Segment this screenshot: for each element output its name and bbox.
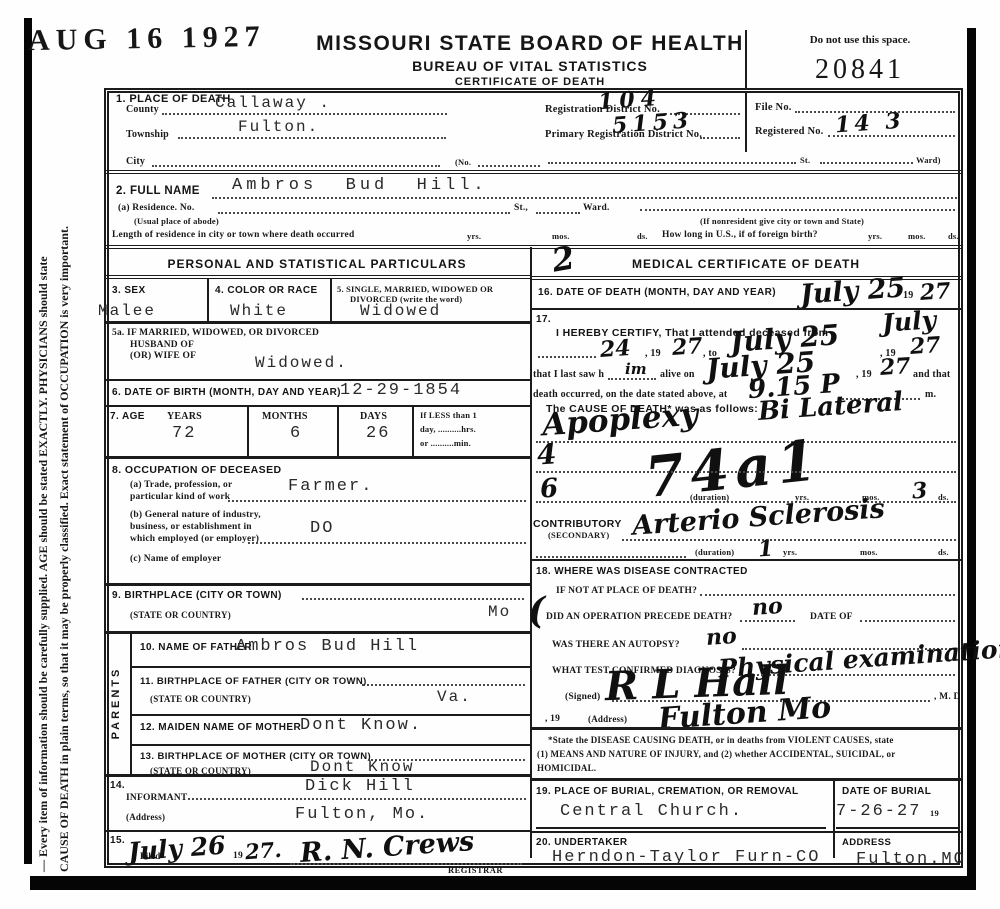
- divider: [536, 471, 956, 473]
- birthplace-label: 9. BIRTHPLACE (CITY OR TOWN): [112, 590, 282, 601]
- dod-year-handwritten: 27: [919, 278, 951, 306]
- last-saw-year-handwritten: 27: [879, 353, 911, 381]
- color-race-label: 4. COLOR OR RACE: [215, 285, 318, 296]
- if-less-label2: day, ..........hrs.: [420, 424, 476, 434]
- father-birthplace-label: 11. BIRTHPLACE OF FATHER (CITY OR TOWN): [140, 676, 367, 687]
- undertaker-label: 20. UNDERTAKER: [536, 837, 628, 848]
- divider: [302, 598, 524, 600]
- divider: [478, 165, 540, 167]
- duration2-ds-label: ds.: [938, 547, 949, 557]
- filed-number: 15.: [110, 835, 125, 846]
- m-label: m.: [925, 389, 936, 400]
- divider: [536, 556, 686, 558]
- physician-address-label: (Address): [588, 714, 627, 724]
- operation-answer-handwritten: no: [751, 593, 783, 621]
- divider: [104, 456, 530, 459]
- divider: [104, 583, 530, 586]
- undertaker-value: Herndon-Taylor Furn-CO: [552, 848, 820, 867]
- township-label: Township: [126, 129, 169, 140]
- divider: [828, 135, 955, 137]
- divider: [247, 405, 249, 456]
- filed-year-handwritten: 27.: [244, 837, 282, 864]
- if-less-label3: or ..........min.: [420, 438, 471, 448]
- duration-days-handwritten: 3: [911, 477, 928, 504]
- age-days-label: DAYS: [360, 411, 387, 422]
- date-of-burial-label: DATE OF BURIAL: [842, 786, 931, 797]
- divider: [532, 727, 962, 730]
- mother-name-value: Dont Know.: [300, 716, 422, 735]
- item-17-number: 17.: [536, 314, 551, 325]
- birthplace-state-label: (STATE OR COUNTRY): [130, 610, 231, 620]
- length-residence-label: Length of residence in city or town wher…: [112, 230, 354, 240]
- attended-from-day-handwritten: 24: [599, 335, 631, 363]
- mos-label: mos.: [908, 231, 926, 241]
- employer-label: (c) Name of employer: [130, 554, 221, 564]
- scan-left-bar: [24, 18, 32, 864]
- ds-label: ds.: [948, 231, 959, 241]
- board-title: MISSOURI STATE BOARD OF HEALTH: [310, 32, 750, 56]
- him-handwritten: im: [625, 360, 647, 378]
- husband-wife-value: Widowed.: [255, 354, 348, 372]
- filed-19-label: 19: [233, 851, 243, 861]
- informant-value: Dick Hill: [305, 777, 415, 796]
- certify-19a-label: , 19: [645, 348, 661, 359]
- divider: [860, 620, 955, 622]
- age-months-label: MONTHS: [262, 411, 308, 422]
- operation-precede-label: DID AN OPERATION PRECEDE DEATH?: [546, 612, 732, 622]
- if-not-at-place-label: IF NOT AT PLACE OF DEATH?: [556, 586, 697, 596]
- divider: [536, 827, 826, 829]
- divider: [218, 212, 510, 214]
- certificate-subtitle: CERTIFICATE OF DEATH: [310, 76, 750, 88]
- divider: [740, 620, 795, 622]
- margin-note-line2: CAUSE OF DEATH in plain terms, so that i…: [57, 54, 72, 872]
- county-value: Callaway .: [215, 94, 331, 112]
- husband-of-label: HUSBAND OF: [130, 340, 194, 350]
- divider: [622, 539, 956, 541]
- age-label: 7. AGE: [110, 411, 145, 422]
- scan-right-bar: [967, 28, 976, 890]
- if-less-label1: If LESS than 1: [420, 410, 477, 420]
- column-divider: [530, 247, 532, 858]
- divider: [178, 137, 446, 139]
- how-long-us-label: How long in U.S., if of foreign birth?: [662, 230, 818, 240]
- color-race-value: White: [230, 302, 288, 320]
- divider: [130, 666, 530, 668]
- death-certificate-page: AUG 16 1927 — Every item of information …: [0, 0, 1000, 909]
- coder-mark-2: 6: [539, 473, 559, 504]
- footnote-line2: (1) MEANS AND NATURE OF INJURY, and (2) …: [537, 749, 895, 759]
- signed-19-label: , 19: [545, 714, 560, 724]
- divider: [130, 744, 530, 746]
- divider: [228, 500, 526, 502]
- no-paren-label: (No.: [455, 157, 471, 167]
- city-label: City: [126, 156, 145, 167]
- father-birthplace-value: Va.: [437, 688, 472, 706]
- md-label: , M. D: [934, 692, 961, 702]
- file-no-label: File No.: [755, 102, 792, 113]
- industry-label2: business, or establishment in: [130, 522, 252, 532]
- mother-name-label: 12. MAIDEN NAME OF MOTHER: [140, 722, 301, 733]
- divider: [700, 594, 955, 596]
- death-occurred-label: death occurred, on the date stated above…: [533, 389, 727, 400]
- residence-label: (a) Residence. No.: [118, 203, 194, 213]
- divider: [152, 165, 440, 167]
- yrs-label: yrs.: [467, 231, 481, 241]
- residence-ward-label: Ward.: [583, 203, 610, 213]
- age-days-value: 26: [366, 424, 390, 443]
- yrs-label: yrs.: [868, 231, 882, 241]
- divider: [207, 279, 209, 322]
- burial-19-label: 19: [930, 808, 939, 818]
- place-of-burial-value: Central Church.: [560, 802, 743, 821]
- certificate-number: 20841: [770, 54, 950, 86]
- registered-no-value: 14 3: [834, 108, 905, 139]
- parents-side-label: PARENTS: [110, 634, 122, 772]
- st-label: St.: [800, 155, 810, 165]
- divider: [104, 405, 530, 407]
- informant-label: INFORMANT: [126, 793, 187, 803]
- industry-label3: which employed (or employer): [130, 534, 259, 544]
- divider: [104, 321, 530, 324]
- sex-label: 3. SEX: [112, 285, 146, 296]
- trade-value: Farmer.: [288, 477, 373, 496]
- divider: [608, 378, 656, 380]
- header-divider: [745, 30, 747, 88]
- do-not-use-label: Do not use this space.: [770, 34, 950, 46]
- informant-number: 14.: [110, 780, 125, 791]
- ds-label: ds.: [637, 231, 648, 241]
- duration2-mos-label: mos.: [860, 547, 878, 557]
- divider: [188, 798, 526, 800]
- registrar-label: REGISTRAR: [448, 865, 503, 875]
- contributory-label: CONTRIBUTORY: [533, 518, 622, 530]
- attended-to-year-handwritten: 27: [909, 332, 941, 360]
- residence-st-label: St.,: [514, 203, 528, 213]
- divider: [640, 209, 955, 211]
- age-months-value: 6: [290, 424, 302, 443]
- trade-label2: particular kind of work: [130, 492, 230, 502]
- occupation-title: 8. OCCUPATION OF DECEASED: [112, 464, 281, 476]
- marital-label: 5. SINGLE, MARRIED, WIDOWED OR: [337, 284, 493, 294]
- married-widowed-label: 5a. IF MARRIED, WIDOWED, OR DIVORCED: [112, 328, 319, 338]
- signed-label: (Signed): [565, 692, 600, 702]
- informant-address-label: (Address): [126, 812, 165, 822]
- divider: [532, 778, 962, 781]
- paren-mark-handwritten: (: [528, 590, 545, 632]
- scan-bottom-bar: [30, 876, 976, 890]
- received-date-stamp: AUG 16 1927: [28, 20, 266, 58]
- undertaker-address-value: Fulton.MO: [856, 850, 966, 869]
- industry-value: DO: [310, 519, 334, 538]
- divider: [104, 631, 530, 634]
- autopsy-label: WAS THERE AN AUTOPSY?: [552, 640, 680, 650]
- abode-label: (Usual place of abode): [134, 216, 219, 226]
- secondary-label: (SECONDARY): [548, 530, 609, 540]
- divider: [248, 542, 526, 544]
- duration-label: (duration): [690, 492, 729, 502]
- age-years-label: YEARS: [167, 411, 202, 422]
- divider: [104, 245, 963, 249]
- full-name-value: Ambros Bud Hill.: [232, 176, 488, 195]
- alive-on-label: alive on: [660, 369, 695, 380]
- informant-address-value: Fulton, Mo.: [295, 805, 429, 824]
- divider: [538, 356, 596, 358]
- divider: [536, 212, 580, 214]
- divider: [330, 279, 332, 322]
- divider: [337, 405, 339, 456]
- lastsaw-19-label: , 19: [856, 369, 872, 380]
- divider: [532, 831, 962, 833]
- divider: [820, 162, 913, 164]
- father-birthplace-state-label: (STATE OR COUNTRY): [150, 694, 251, 704]
- last-saw-label: that I last saw h: [533, 369, 604, 380]
- full-name-label: 2. FULL NAME: [116, 185, 200, 197]
- industry-label1: (b) General nature of industry,: [130, 510, 261, 520]
- divider: [104, 170, 963, 174]
- divider: [104, 275, 530, 279]
- undertaker-address-label: ADDRESS: [842, 837, 891, 848]
- divider: [212, 197, 957, 199]
- county-label: County: [126, 104, 159, 115]
- personal-particulars-header: PERSONAL AND STATISTICAL PARTICULARS: [104, 257, 530, 271]
- parents-strip-divider: [130, 633, 132, 776]
- date-of-burial-value: 7-26-27: [836, 802, 921, 821]
- duration2-yrs-label: yrs.: [783, 547, 797, 557]
- sex-value: Malee: [98, 302, 156, 320]
- birthplace-value: Mo: [488, 603, 511, 621]
- divider: [104, 379, 530, 381]
- divider: [700, 137, 740, 139]
- dod-19-label: 19: [903, 290, 913, 301]
- autopsy-answer-handwritten: no: [705, 623, 737, 651]
- burial-column-divider: [833, 779, 835, 858]
- file-box-divider: [745, 92, 747, 152]
- divider: [162, 113, 447, 115]
- ward-label: Ward): [916, 155, 941, 165]
- divider: [362, 684, 525, 686]
- divider: [532, 559, 962, 561]
- divider: [836, 827, 958, 829]
- coder-mark-1: 4: [536, 437, 558, 471]
- duration2-label: (duration): [695, 547, 734, 557]
- nonresident-label: (If nonresident give city or town and St…: [700, 216, 864, 226]
- bureau-subtitle: BUREAU OF VITAL STATISTICS: [310, 58, 750, 74]
- marital-value: Widowed: [360, 302, 441, 320]
- wife-of-label: (OR) WIFE OF: [130, 351, 196, 361]
- margin-note-line1: — Every item of information should be ca…: [36, 54, 51, 872]
- disease-contracted-title: 18. WHERE WAS DISEASE CONTRACTED: [536, 566, 748, 577]
- footnote-line1: *State the DISEASE CAUSING DEATH, or in …: [548, 735, 894, 745]
- date-of-birth-value: 12-29-1854: [340, 381, 462, 400]
- date-of-death-label: 16. DATE OF DEATH (MONTH, DAY AND YEAR): [538, 287, 776, 298]
- place-of-burial-label: 19. PLACE OF BURIAL, CREMATION, OR REMOV…: [536, 786, 799, 797]
- and-that-label: and that: [913, 369, 950, 380]
- attended-from-year-handwritten: 27: [671, 333, 703, 361]
- registered-no-label: Registered No.: [755, 126, 824, 137]
- medical-certificate-header: MEDICAL CERTIFICATE OF DEATH: [530, 257, 962, 271]
- date-of-label: DATE OF: [810, 612, 853, 622]
- divider: [412, 405, 414, 456]
- age-years-value: 72: [172, 424, 196, 443]
- duration-ds-label: ds.: [938, 492, 949, 502]
- divider: [548, 162, 796, 164]
- footnote-line3: HOMICIDAL.: [537, 763, 596, 773]
- date-of-birth-label: 6. DATE OF BIRTH (MONTH, DAY AND YEAR): [112, 387, 341, 398]
- trade-label1: (a) Trade, profession, or: [130, 480, 232, 490]
- father-name-value: Ambros Bud Hill: [236, 637, 419, 656]
- township-value: Fulton.: [238, 118, 319, 136]
